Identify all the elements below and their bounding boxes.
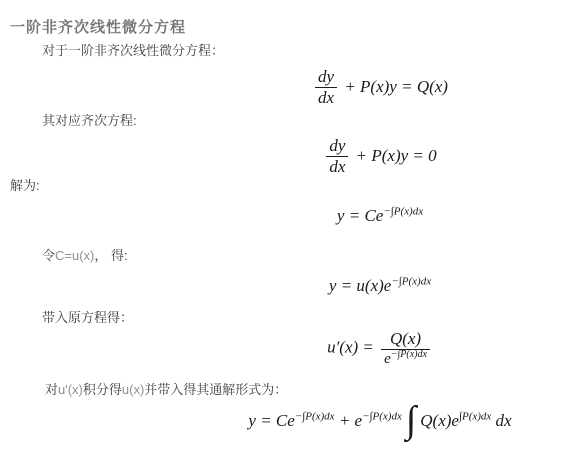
inline-math-u: u(x) [122, 382, 144, 397]
formula-homogeneous-solution: y = Ce−∫P(x)dx [180, 206, 578, 226]
formula-rest: + P(x)y = Q(x) [344, 77, 448, 96]
denominator-exponent: −∫P(x)dx [391, 349, 427, 360]
text-segment: 并带入得其通解形式为： [144, 382, 287, 397]
paragraph-homogeneous: 其对应齐次方程: [42, 110, 137, 129]
formula-lhs: u′(x) = [327, 338, 374, 357]
formula-exponent: −∫P(x)dx [295, 410, 335, 422]
formula-term-1: y = Ce [248, 411, 294, 430]
formula-homogeneous-equation: dydx + P(x)y = 0 [180, 136, 578, 178]
fraction-numerator: dy [315, 67, 337, 87]
fraction-dy-dx: dydx [315, 67, 337, 109]
inline-math-c-ux: C=u(x) [55, 248, 94, 263]
formula-term-3: Q(x)e [420, 411, 459, 430]
formula-general-solution: y = Ce−∫P(x)dx + e−∫P(x)dx∫Q(x)e∫P(x)dx … [180, 411, 578, 431]
article-page: 一阶非齐次线性微分方程 对于一阶非齐次线性微分方程： dydx + P(x)y … [0, 0, 578, 459]
formula-rest: + P(x)y = 0 [356, 146, 437, 165]
formula-substituted-solution: y = u(x)e−∫P(x)dx [180, 276, 578, 296]
fraction-denominator: e−∫P(x)dx [381, 349, 430, 368]
formula-exponent: −∫P(x)dx [383, 205, 423, 217]
formula-term-4: dx [496, 411, 512, 430]
paragraph-let-c: 令C=u(x)， 得: [42, 245, 128, 264]
paragraph-solution-label: 解为: [10, 175, 40, 194]
text-segment: 对 [45, 382, 58, 397]
text-segment: 令 [42, 248, 55, 263]
paragraph-substitute: 带入原方程得： [42, 307, 133, 326]
formula-term-2: + e [339, 411, 362, 430]
fraction-qx-over-e: Q(x)e−∫P(x)dx [381, 329, 430, 368]
fraction-numerator: Q(x) [381, 329, 430, 349]
paragraph-intro: 对于一阶非齐次线性微分方程： [42, 40, 224, 59]
text-segment: 积分得 [83, 382, 122, 397]
fraction-denominator: dx [326, 156, 348, 177]
page-title: 一阶非齐次线性微分方程 [10, 16, 186, 37]
formula-nonhomogeneous-equation: dydx + P(x)y = Q(x) [180, 67, 578, 109]
denominator-base: e [384, 351, 391, 367]
paragraph-general-solution: 对u'(x)积分得u(x)并带入得其通解形式为： [45, 379, 287, 398]
integral-sign: ∫ [406, 399, 416, 441]
formula-base: y = u(x)e [329, 276, 391, 295]
fraction-numerator: dy [326, 136, 348, 156]
formula-u-prime: u′(x) = Q(x)e−∫P(x)dx [180, 329, 578, 368]
text-segment: ， 得: [94, 248, 127, 263]
formula-exponent: −∫P(x)dx [391, 275, 431, 287]
inline-math-u-prime: u'(x) [58, 382, 83, 397]
fraction-dy-dx: dydx [326, 136, 348, 178]
formula-exponent: −∫P(x)dx [362, 410, 402, 422]
fraction-denominator: dx [315, 87, 337, 108]
formula-base: y = Ce [337, 206, 383, 225]
formula-exponent: ∫P(x)dx [459, 410, 491, 422]
